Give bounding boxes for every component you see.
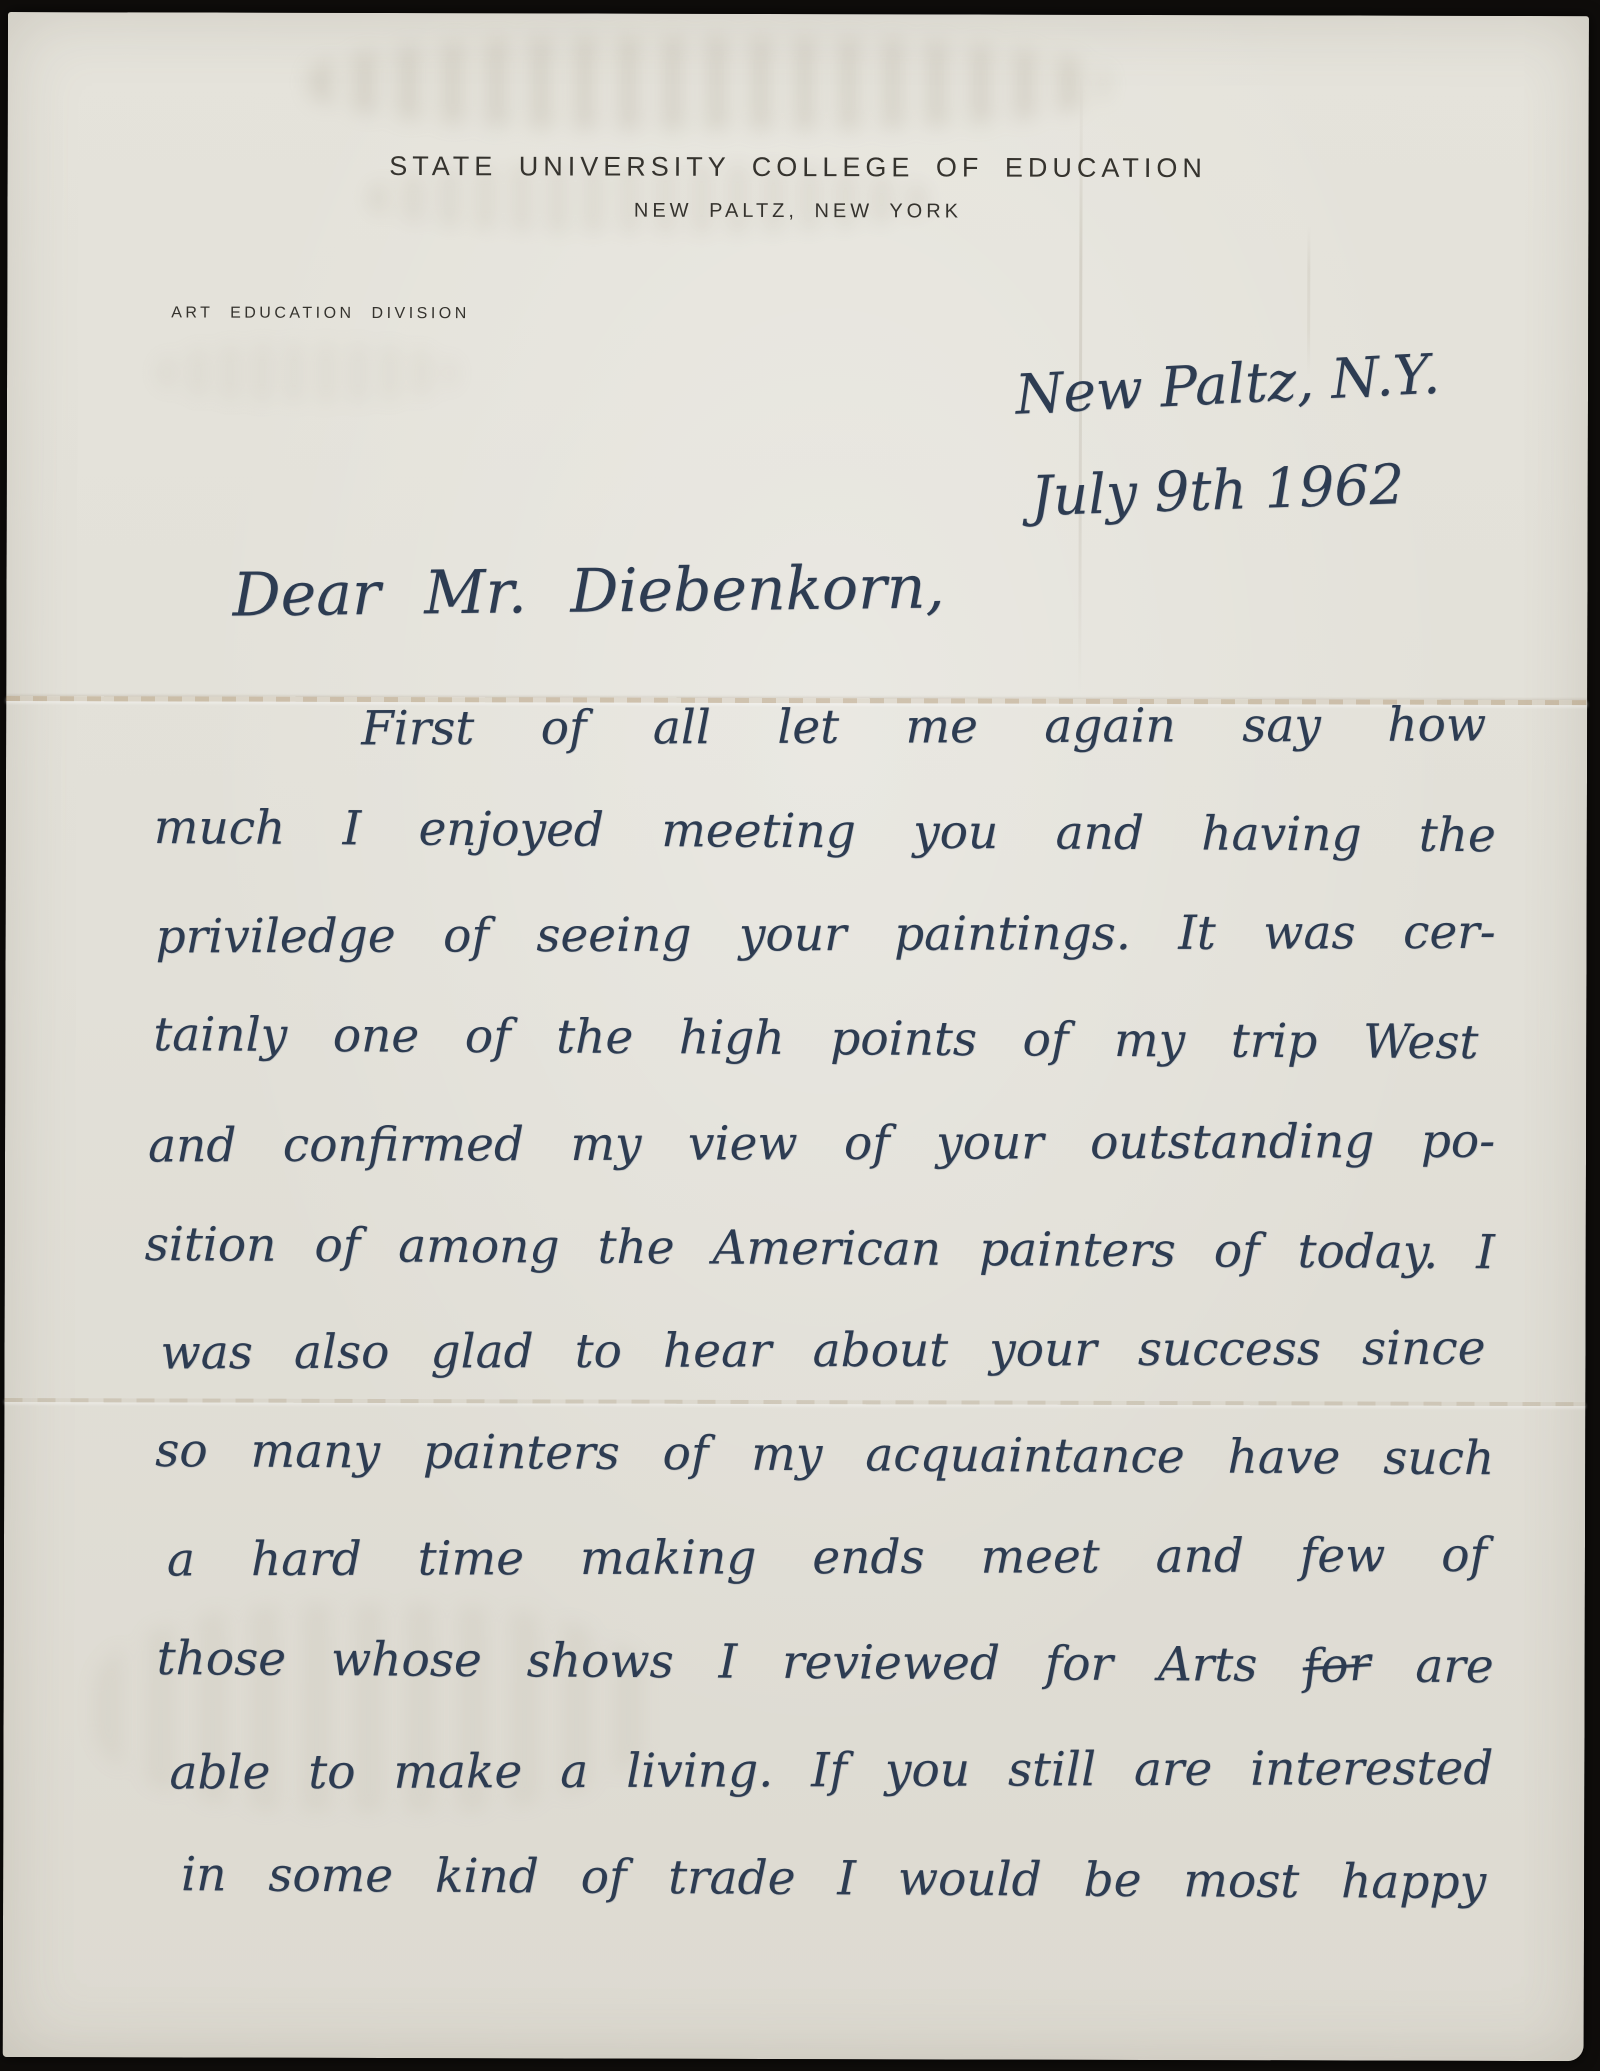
letterhead-division: ART EDUCATION DIVISION xyxy=(171,304,470,323)
body-line: so many painters of my acquaintance have… xyxy=(155,1426,1494,1484)
letterhead-institution: STATE UNIVERSITY COLLEGE OF EDUCATION xyxy=(8,150,1600,185)
struck-word: for xyxy=(1301,1639,1372,1693)
fold-crease-lower xyxy=(4,1398,1585,1406)
body-line: a hard time making ends meet and few of xyxy=(167,1531,1487,1585)
body-line: and confirmed my view of your outstandin… xyxy=(148,1117,1495,1171)
salutation: Dear Mr. Diebenkorn, xyxy=(232,557,945,625)
body-line-post: are xyxy=(1370,1638,1494,1694)
letter-page: STATE UNIVERSITY COLLEGE OF EDUCATION NE… xyxy=(3,12,1589,2061)
body-line: much I enjoyed meeting you and having th… xyxy=(154,803,1496,861)
body-line: sition of among the American painters of… xyxy=(145,1220,1495,1278)
dateline-place: New Paltz, N.Y. xyxy=(1014,347,1441,423)
body-line: able to make a living. If you still are … xyxy=(169,1744,1493,1798)
letterhead-city: NEW PALTZ, NEW YORK xyxy=(7,198,1600,225)
dateline-date: July 9th 1962 xyxy=(1030,457,1405,524)
body-line: in some kind of trade I would be most ha… xyxy=(181,1850,1486,1907)
body-line: was also glad to hear about your success… xyxy=(160,1324,1485,1378)
body-line: priviledge of seeing your paintings. It … xyxy=(156,908,1496,962)
body-line: tainly one of the high points of my trip… xyxy=(153,1010,1478,1067)
show-through-ghost-text xyxy=(308,35,1108,132)
letter-body: First of all let me again say how much I… xyxy=(8,12,1589,16)
body-line-pre: those whose shows I reviewed for Arts xyxy=(157,1631,1303,1693)
scanned-letter-screenshot: { "letterhead": { "line1": "STATE UNIVER… xyxy=(0,0,1600,2071)
show-through-ghost-text xyxy=(157,342,457,403)
body-line-with-strikethrough: those whose shows I reviewed for Arts fo… xyxy=(157,1634,1494,1692)
body-line: First of all let me again say how xyxy=(361,700,1486,753)
